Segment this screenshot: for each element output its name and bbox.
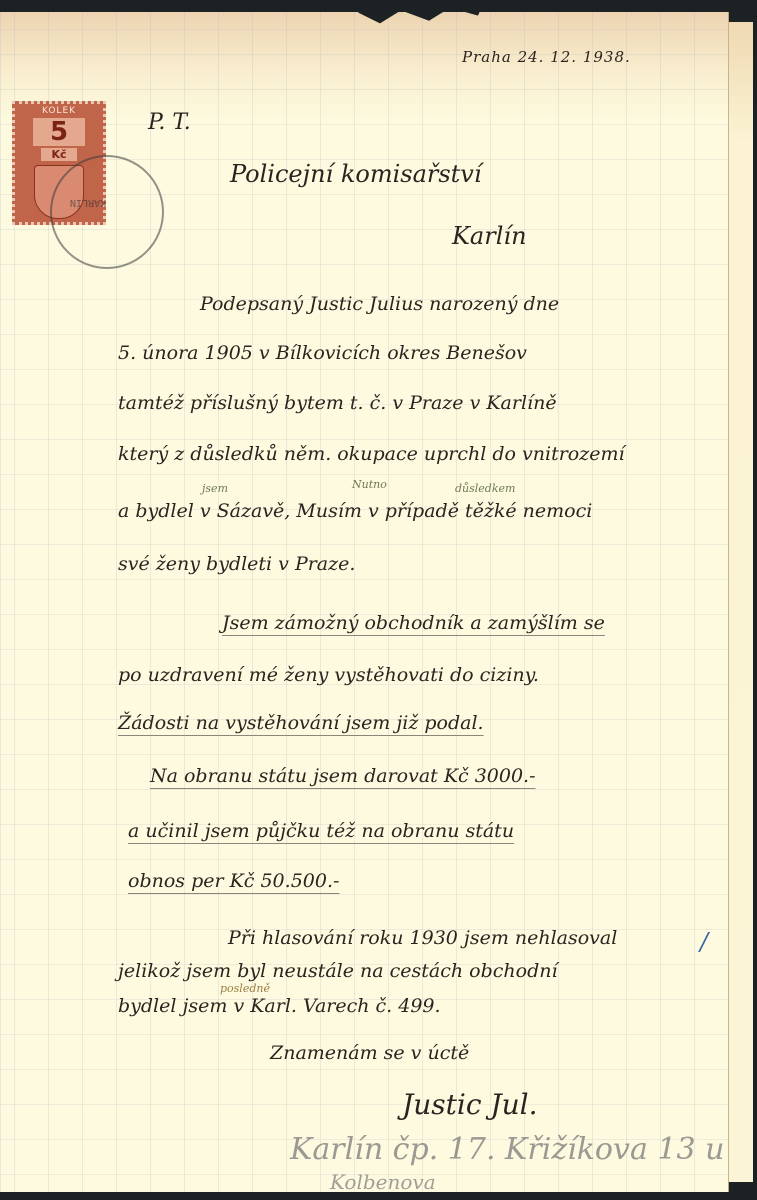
body-line: 5. února 1905 v Bílkovicích okres Benešo… (118, 342, 527, 364)
pencil-annotation: Kolbenova (330, 1170, 436, 1194)
body-line: Na obranu státu jsem darovat Kč 3000.- (150, 765, 536, 787)
recipient: Policejní komisařství (230, 160, 482, 188)
body-line: své ženy bydleti v Praze. (118, 553, 355, 575)
body-line: tamtéž příslušný bytem t. č. v Praze v K… (118, 392, 557, 414)
blue-check-mark: / (700, 928, 708, 956)
body-line: po uzdravení mé ženy vystěhovati do cizi… (118, 664, 539, 686)
postmark-text: KARLÍN (70, 197, 106, 208)
body-line: který z důsledků něm. okupace uprchl do … (118, 443, 625, 465)
stamp-currency: Kč (41, 148, 77, 161)
paper-edge-fold (728, 22, 753, 1182)
body-line: Žádosti na vystěhování jsem již podal. (118, 712, 484, 734)
recipient-city: Karlín (452, 222, 527, 250)
salutation: P. T. (148, 110, 191, 135)
body-line: Podepsaný Justic Julius narozený dne (200, 293, 559, 315)
pencil-annotation: Karlín čp. 17. Křižíkova 13 u (290, 1132, 724, 1167)
body-line: obnos per Kč 50.500.- (128, 870, 339, 892)
signature: Justic Jul. (402, 1088, 538, 1121)
insertion-note: Nutno (352, 478, 387, 491)
body-line: jelikož jsem byl neustále na cestách obc… (118, 960, 558, 982)
body-line: a učinil jsem půjčku též na obranu státu (128, 820, 514, 842)
insertion-note: jsem (202, 482, 228, 495)
body-line: a bydlel v Sázavě, Musím v případě těžké… (118, 500, 592, 522)
postmark-seal: KARLÍN (50, 155, 164, 269)
insertion-note: posledně (220, 982, 270, 995)
closing: Znamenám se v úctě (270, 1042, 469, 1064)
body-line: Při hlasování roku 1930 jsem nehlasoval (228, 927, 617, 949)
insertion-note: důsledkem (455, 482, 515, 495)
stamp-value: 5 (33, 118, 85, 146)
date-line: Praha 24. 12. 1938. (462, 48, 631, 66)
stamp-header: KOLEK (15, 106, 103, 116)
body-line: bydlel jsem v Karl. Varech č. 499. (118, 995, 441, 1017)
body-line: Jsem zámožný obchodník a zamýšlím se (222, 612, 605, 634)
